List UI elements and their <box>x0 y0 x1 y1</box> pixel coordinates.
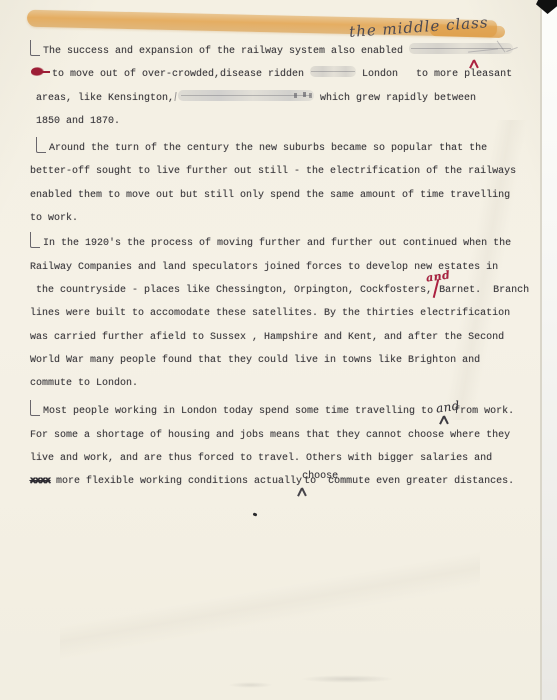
scanner-background-strip <box>542 0 557 700</box>
typed-text: Around the turn of the century the new s… <box>49 143 487 154</box>
text-line: to work. <box>30 207 557 230</box>
paper-crease <box>60 520 480 680</box>
typed-text: more flexible working conditions actuall… <box>50 476 302 487</box>
erased-text-smudge <box>178 90 314 101</box>
typed-text: Barnet. Branch <box>439 285 529 296</box>
paragraph-bracket-icon <box>30 232 40 248</box>
typed-text: was carried further afield to Sussex , H… <box>30 332 504 343</box>
typed-text: commute to London. <box>30 378 138 389</box>
erased-word-smudge <box>310 66 356 77</box>
text-line: Most people working in London today spen… <box>30 400 557 423</box>
text-line: In the 1920's the process of moving furt… <box>30 232 557 255</box>
text-line: The success and expansion of the railway… <box>30 40 557 63</box>
red-insertion: and <box>432 279 439 302</box>
typed-text: In the 1920's the process of moving furt… <box>43 238 511 249</box>
text-line: was carried further afield to Sussex , H… <box>30 326 557 349</box>
typed-text: London to more pleasant <box>356 69 512 80</box>
typed-text: Most people working in London today spen… <box>43 406 439 417</box>
text-line: areas, like Kensington, which grew rapid… <box>30 87 557 110</box>
text-line: 1850 and 1870. <box>30 110 557 133</box>
text-line: lines were built to accomodate these sat… <box>30 302 557 325</box>
text-line: World War many people found that they co… <box>30 349 557 372</box>
typed-text: lines were built to accomodate these sat… <box>30 308 510 319</box>
faint-smudge <box>228 682 273 688</box>
text-line: Around the turn of the century the new s… <box>30 137 557 160</box>
typed-text: The success and expansion of the railway… <box>43 46 409 57</box>
typed-text: enabled them to move out but still only … <box>30 190 510 201</box>
typed-insertion: chooseto commute even greater distances. <box>304 476 514 487</box>
red-scribble-mark-icon <box>30 67 50 77</box>
paragraph-bracket-icon <box>30 400 40 416</box>
red-slash-icon <box>432 282 439 294</box>
page-edge-line <box>540 0 542 700</box>
typed-choose-above: choose <box>302 465 338 488</box>
typed-text: to move out of over-crowded,disease ridd… <box>52 69 310 80</box>
erased-text-smudge <box>409 43 513 54</box>
typed-text: better-off sought to live further out st… <box>30 166 516 177</box>
typed-text: to work. <box>30 213 78 224</box>
typed-text: 1850 and 1870. <box>36 116 120 127</box>
text-line: xxxx more flexible working conditions ac… <box>30 470 557 493</box>
struck-out-chars: xxxx <box>30 476 50 487</box>
text-line: For some a shortage of housing and jobs … <box>30 424 557 447</box>
typed-text: For some a shortage of housing and jobs … <box>30 430 510 441</box>
text-line: to move out of over-crowded,disease ridd… <box>30 63 557 86</box>
typed-text: live and work, and are thus forced to tr… <box>30 453 492 464</box>
paragraph-bracket-icon <box>36 137 46 153</box>
typed-text: which grew rapidly between <box>314 93 476 104</box>
typed-text: World War many people found that they co… <box>30 355 480 366</box>
typed-text: areas, like Kensington, <box>36 93 174 104</box>
paragraph-bracket-icon <box>30 40 40 56</box>
text-line: enabled them to move out but still only … <box>30 184 557 207</box>
typed-document-body: The success and expansion of the railway… <box>0 0 557 494</box>
text-line: better-off sought to live further out st… <box>30 160 557 183</box>
text-line: commute to London. <box>30 372 557 395</box>
faint-smudge <box>300 675 395 683</box>
text-line: Railway Companies and land speculators j… <box>30 256 557 279</box>
text-line: live and work, and are thus forced to tr… <box>30 447 557 470</box>
text-line: the countryside - places like Chessingto… <box>30 279 557 302</box>
typed-text: the countryside - places like Chessingto… <box>36 285 432 296</box>
